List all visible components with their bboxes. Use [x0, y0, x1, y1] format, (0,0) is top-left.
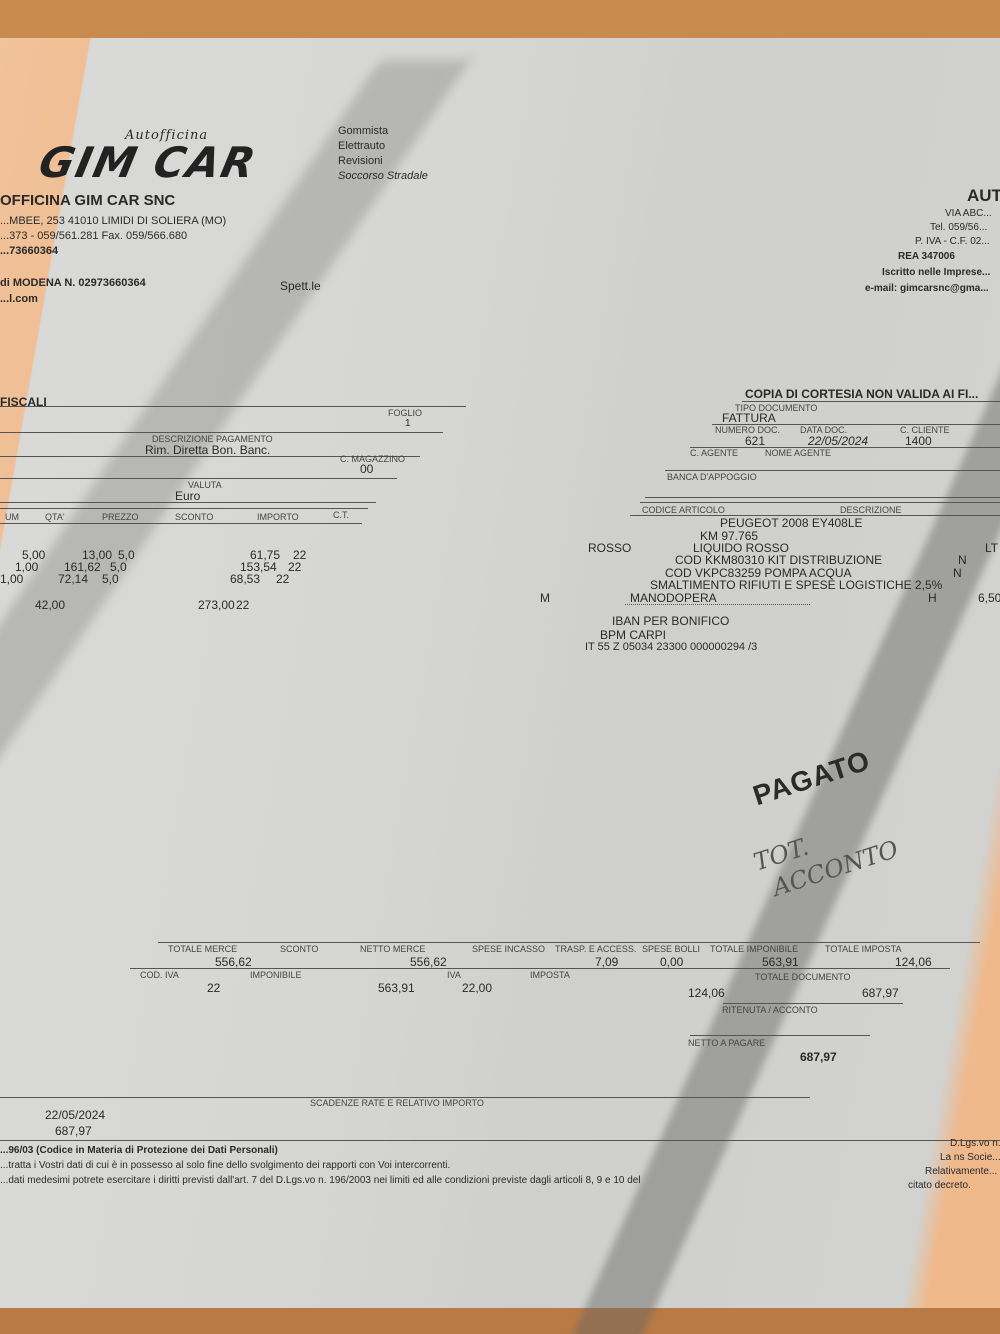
company-name: OFFICINA GIM CAR SNC: [0, 192, 175, 209]
net-payable-value: 687,97: [800, 1050, 837, 1064]
collection-fees-label: SPESE INCASSO: [472, 944, 545, 954]
right-rea: REA 347006: [898, 251, 955, 262]
due-dates-label: SCADENZE RATE E RELATIVO IMPORTO: [310, 1098, 484, 1108]
invoice-paper: [0, 38, 1000, 1308]
privacy-line: ...tratta i Vostri dati di cui è in poss…: [0, 1160, 450, 1171]
total-goods-label: TOTALE MERCE: [168, 944, 237, 954]
recipient-label: Spett.le: [280, 279, 321, 293]
company-register: di MODENA N. 02973660364: [0, 277, 146, 289]
item-description: SMALTIMENTO RIFIUTI E SPESE LOGISTICHE 2…: [650, 578, 942, 592]
company-email: ...l.com: [0, 293, 38, 305]
customer-code-value: 1400: [905, 434, 932, 448]
due-date: 22/05/2024: [45, 1108, 105, 1122]
item-ct: 22: [276, 572, 289, 586]
item-um: N: [958, 553, 967, 567]
item-prezzo: 42,00: [35, 598, 65, 612]
right-register: Iscritto nelle Imprese...: [882, 267, 990, 278]
withholding-label: RITENUTA / ACCONTO: [722, 1005, 818, 1015]
col-sconto: SCONTO: [175, 512, 213, 522]
item-ct: 22: [236, 598, 249, 612]
privacy-right-line: D.Lgs.vo n...: [950, 1138, 1000, 1149]
privacy-line: ...dati medesimi potrete esercitare i di…: [0, 1175, 641, 1186]
net-payable-label: NETTO A PAGARE: [688, 1038, 765, 1048]
doc-number-value: 621: [745, 434, 765, 448]
vat-rate-label: IVA: [447, 970, 461, 980]
taxable-total-value: 563,91: [762, 955, 799, 969]
company-phones: ...373 - 059/561.281 Fax. 059/566.680: [0, 230, 187, 242]
service-item: Elettrauto: [338, 139, 428, 154]
stamp-text: PAGATO: [749, 744, 874, 812]
item-importo: 273,00: [198, 598, 235, 612]
right-title: AUT: [967, 186, 1000, 206]
service-item: Revisioni: [338, 154, 428, 169]
foglio-label: FOGLIO: [388, 408, 422, 418]
col-importo: IMPORTO: [257, 512, 299, 522]
transport-label: TRASP. E ACCESS.: [555, 944, 636, 954]
vat-code-value: 22: [207, 981, 220, 995]
right-vat: P. IVA - C.F. 02...: [915, 236, 990, 247]
tax-label: IMPOSTA: [530, 970, 570, 980]
vat-rate-value: 22,00: [462, 981, 492, 995]
company-address: ...MBEE, 253 41010 LIMIDI DI SOLIERA (MO…: [0, 215, 226, 227]
col-qta: QTA': [45, 512, 65, 522]
stamp-duty-value: 0,00: [660, 955, 683, 969]
item-um: LT: [985, 541, 998, 555]
courtesy-copy-notice: COPIA DI CORTESIA NON VALIDA AI FI...: [745, 387, 978, 401]
due-amount: 687,97: [55, 1124, 92, 1138]
company-vat: ...73660364: [0, 245, 58, 257]
item-description: PEUGEOT 2008 EY408LE: [720, 516, 863, 530]
discount-label: SCONTO: [280, 944, 318, 954]
privacy-right-line: citato decreto.: [908, 1180, 971, 1191]
item-sconto: 5,0: [102, 572, 119, 586]
col-descrizione: DESCRIZIONE: [840, 505, 902, 515]
item-qta: 1,00: [0, 572, 23, 586]
item-importo: 68,53: [230, 572, 260, 586]
tax-total-value: 124,06: [895, 955, 932, 969]
privacy-right-line: La ns Socie...: [940, 1152, 1000, 1163]
right-email: e-mail: gimcarsnc@gma...: [865, 283, 989, 294]
services-list: Gommista Elettrauto Revisioni Soccorso S…: [338, 124, 428, 184]
stamp-duty-label: SPESE BOLLI: [642, 944, 700, 954]
currency-value: Euro: [175, 489, 200, 503]
right-phone: Tel. 059/56...: [930, 222, 987, 233]
total-goods-value: 556,62: [215, 955, 252, 969]
agent-name-label: NOME AGENTE: [765, 448, 831, 458]
iban-value: IT 55 Z 05034 23300 000000294 /3: [585, 641, 757, 653]
iban-label: IBAN PER BONIFICO: [612, 614, 729, 628]
col-codice: CODICE ARTICOLO: [642, 505, 725, 515]
bank-name: BPM CARPI: [600, 628, 666, 642]
doc-type-value: FATTURA: [722, 411, 776, 425]
item-prezzo: 72,14: [58, 572, 88, 586]
separator: [625, 604, 810, 605]
item-ct: 22: [288, 560, 301, 574]
company-logo: GIM CAR: [35, 138, 262, 187]
foglio-value: 1: [405, 418, 411, 429]
item-qta: 6,50: [978, 591, 1000, 605]
item-code: ROSSO: [588, 541, 631, 555]
warehouse-value: 00: [360, 462, 373, 476]
item-code: M: [540, 591, 550, 605]
col-um: UM: [5, 512, 19, 522]
document-total-value: 687,97: [862, 986, 899, 1000]
service-item: Gommista: [338, 124, 428, 139]
privacy-line: ...96/03 (Codice in Materia di Protezion…: [0, 1145, 278, 1156]
taxable-total-label: TOTALE IMPONIBILE: [710, 944, 798, 954]
taxable-label: IMPONIBILE: [250, 970, 302, 980]
net-goods-value: 556,62: [410, 955, 447, 969]
item-um: H: [928, 591, 937, 605]
col-prezzo: PREZZO: [102, 512, 139, 522]
doc-date-value: 22/05/2024: [808, 434, 868, 448]
item-description: MANODOPERA: [630, 591, 717, 605]
item-um: N: [953, 566, 962, 580]
privacy-right-line: Relativamente...: [925, 1166, 997, 1177]
item-description: COD KKM80310 KIT DISTRIBUZIONE: [675, 553, 882, 567]
tax-value: 124,06: [688, 986, 725, 1000]
bank-label: BANCA D'APPOGGIO: [667, 472, 757, 482]
document-total-label: TOTALE DOCUMENTO: [755, 972, 851, 982]
taxable-value: 563,91: [378, 981, 415, 995]
right-address: VIA ABC...: [945, 208, 992, 219]
service-item: Soccorso Stradale: [338, 169, 428, 184]
net-goods-label: NETTO MERCE: [360, 944, 425, 954]
transport-value: 7,09: [595, 955, 618, 969]
vat-code-label: COD. IVA: [140, 970, 179, 980]
agent-code-label: C. AGENTE: [690, 448, 738, 458]
tax-total-label: TOTALE IMPOSTA: [825, 944, 902, 954]
col-ct: C.T.: [333, 510, 349, 520]
payment-value: Rim. Diretta Bon. Banc.: [145, 443, 270, 457]
